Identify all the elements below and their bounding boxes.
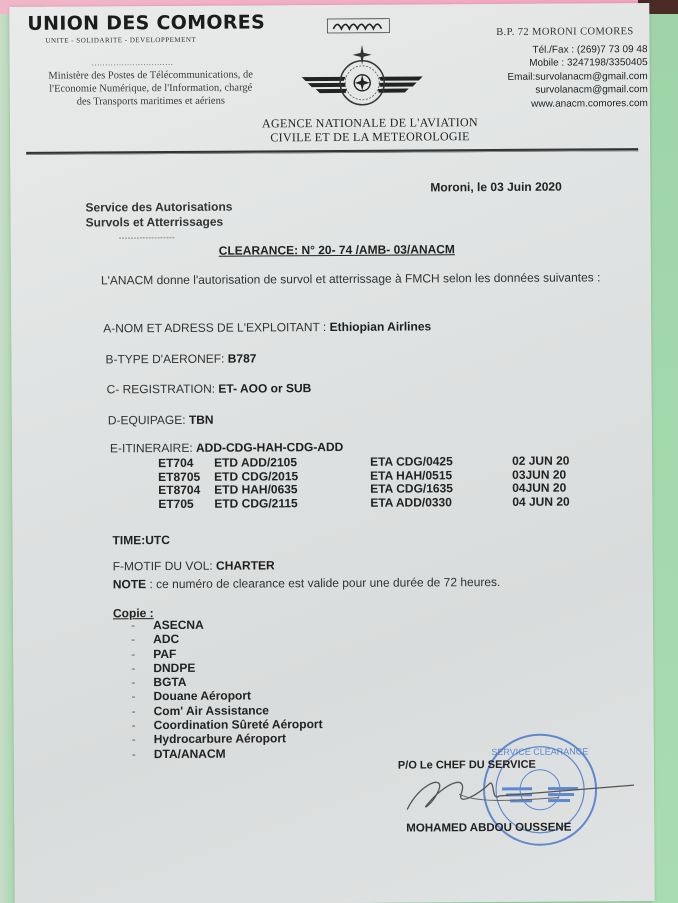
field-flight-purpose: F-MOTIF DU VOL: CHARTER bbox=[113, 558, 275, 573]
copy-recipient: -Com' Air Assistance bbox=[132, 703, 323, 718]
itinerary-flight: ET704 bbox=[158, 457, 193, 470]
copy-recipient: -DTA/ANACM bbox=[132, 746, 323, 761]
time-reference: TIME:UTC bbox=[112, 533, 169, 547]
validity-note: NOTE : ce numéro de clearance est valide… bbox=[113, 575, 501, 591]
on-behalf-of: P/O Le CHEF DU SERVICE bbox=[398, 759, 536, 772]
service-name: Service des Autorisations Survols et Att… bbox=[85, 200, 232, 231]
list-dash: - bbox=[131, 647, 153, 661]
mobile: Mobile : 3247198/3350405 bbox=[463, 56, 648, 71]
email-secondary: survolanacm@gmail.com bbox=[463, 83, 648, 98]
email-primary: Email:survolanacm@gmail.com bbox=[463, 70, 648, 85]
copy-recipient-name: Hydrocarbure Aéroport bbox=[154, 732, 286, 747]
field-itinerary: E-ITINERAIRE: ADD-CDG-HAH-CDG-ADD bbox=[110, 440, 343, 455]
itinerary-etd: ETD HAH/0635 bbox=[214, 483, 297, 496]
itinerary-eta: ETA CDG/1635 bbox=[370, 482, 453, 495]
itinerary-flight: ET8704 bbox=[158, 484, 200, 497]
copy-recipient: -BGTA bbox=[131, 674, 322, 689]
po-box: B.P. 72 MORONI COMORES bbox=[462, 25, 647, 40]
national-motto: UNITE - SOLIDARITE - DEVELOPPEMENT bbox=[45, 36, 196, 45]
separator-dots: .............................. bbox=[92, 58, 174, 67]
copy-recipient-name: Coordination Sûreté Aéroport bbox=[154, 717, 323, 732]
copy-recipient-name: PAF bbox=[153, 647, 176, 661]
copy-recipient-name: Douane Aéroport bbox=[153, 689, 251, 704]
copy-recipient-name: ASECNA bbox=[153, 618, 204, 632]
list-dash: - bbox=[131, 675, 153, 689]
copy-recipient: -ASECNA bbox=[131, 617, 322, 632]
copy-recipient-name: Com' Air Assistance bbox=[154, 703, 269, 718]
copy-recipient-name: DTA/ANACM bbox=[154, 746, 226, 760]
copies-list: -ASECNA-ADC-PAF-DNDPE-BGTA-Douane Aéropo… bbox=[131, 617, 323, 761]
itinerary-etd: ETD CDG/2015 bbox=[214, 470, 298, 483]
list-dash: - bbox=[131, 661, 153, 675]
intro-paragraph: L'ANACM donne l'autorisation de survol e… bbox=[101, 270, 611, 287]
copy-recipient: -Hydrocarbure Aéroport bbox=[132, 731, 323, 746]
itinerary-etd: ETD ADD/2105 bbox=[214, 456, 297, 469]
agency-name: AGENCE NATIONALE DE L'AVIATION CIVILE ET… bbox=[200, 115, 540, 145]
list-dash: - bbox=[132, 718, 154, 732]
itinerary-eta: ETA CDG/0425 bbox=[370, 455, 453, 468]
field-operator: A-NOM ET ADRESS DE L'EXPLOITANT : Ethiop… bbox=[103, 319, 431, 335]
itinerary-flight: ET705 bbox=[158, 498, 193, 511]
header-divider bbox=[26, 148, 638, 155]
copy-recipient: -Coordination Sûreté Aéroport bbox=[132, 717, 323, 732]
itinerary-eta: ETA HAH/0515 bbox=[370, 469, 452, 482]
field-crew: D-EQUIPAGE: TBN bbox=[108, 413, 214, 428]
list-dash: - bbox=[131, 690, 153, 704]
contact-block: B.P. 72 MORONI COMORES Tél./Fax : (269)7… bbox=[462, 25, 648, 111]
clearance-title: CLEARANCE: N° 20- 74 /AMB- 03/ANACM bbox=[219, 242, 455, 257]
itinerary-eta: ETA ADD/0330 bbox=[370, 496, 452, 509]
website: www.anacm.comores.com bbox=[463, 97, 648, 112]
itinerary-date: 04JUN 20 bbox=[512, 482, 566, 495]
tel-fax: Tél./Fax : (269)7 73 09 48 bbox=[462, 43, 647, 58]
clearance-letter: UNION DES COMORES UNITE - SOLIDARITE - D… bbox=[9, 3, 654, 903]
itinerary-date: 02 JUN 20 bbox=[512, 455, 569, 468]
copy-recipient: -Douane Aéroport bbox=[131, 689, 322, 704]
separator-dashes: ------------------- bbox=[119, 233, 175, 242]
ministry-name: Ministère des Postes de Télécommunicatio… bbox=[16, 68, 286, 109]
signatory-name: MOHAMED ABDOU OUSSENE bbox=[406, 822, 571, 835]
field-registration: C- REGISTRATION: ET- AOO or SUB bbox=[107, 381, 312, 396]
copy-recipient-name: ADC bbox=[153, 632, 179, 646]
list-dash: - bbox=[131, 632, 153, 646]
itinerary-flight: ET8705 bbox=[158, 470, 200, 483]
anacm-wings-emblem-icon bbox=[289, 14, 435, 110]
date-line: Moroni, le 03 Juin 2020 bbox=[430, 180, 561, 195]
itinerary-date: 04 JUN 20 bbox=[512, 495, 569, 508]
country-name: UNION DES COMORES bbox=[27, 11, 265, 34]
copy-recipient: -DNDPE bbox=[131, 660, 322, 675]
copy-recipient: -ADC bbox=[131, 631, 322, 646]
background-surface-right bbox=[652, 14, 678, 903]
itinerary-etd: ETD CDG/2115 bbox=[214, 497, 297, 510]
copy-recipient: -PAF bbox=[131, 646, 322, 661]
copy-recipient-name: DNDPE bbox=[153, 661, 195, 675]
list-dash: - bbox=[131, 618, 153, 632]
list-dash: - bbox=[132, 704, 154, 718]
list-dash: - bbox=[132, 732, 154, 746]
copy-recipient-name: BGTA bbox=[153, 675, 186, 689]
field-aircraft-type: B-TYPE D'AERONEF: B787 bbox=[105, 351, 256, 366]
list-dash: - bbox=[132, 747, 154, 761]
itinerary-date: 03JUN 20 bbox=[512, 468, 566, 481]
